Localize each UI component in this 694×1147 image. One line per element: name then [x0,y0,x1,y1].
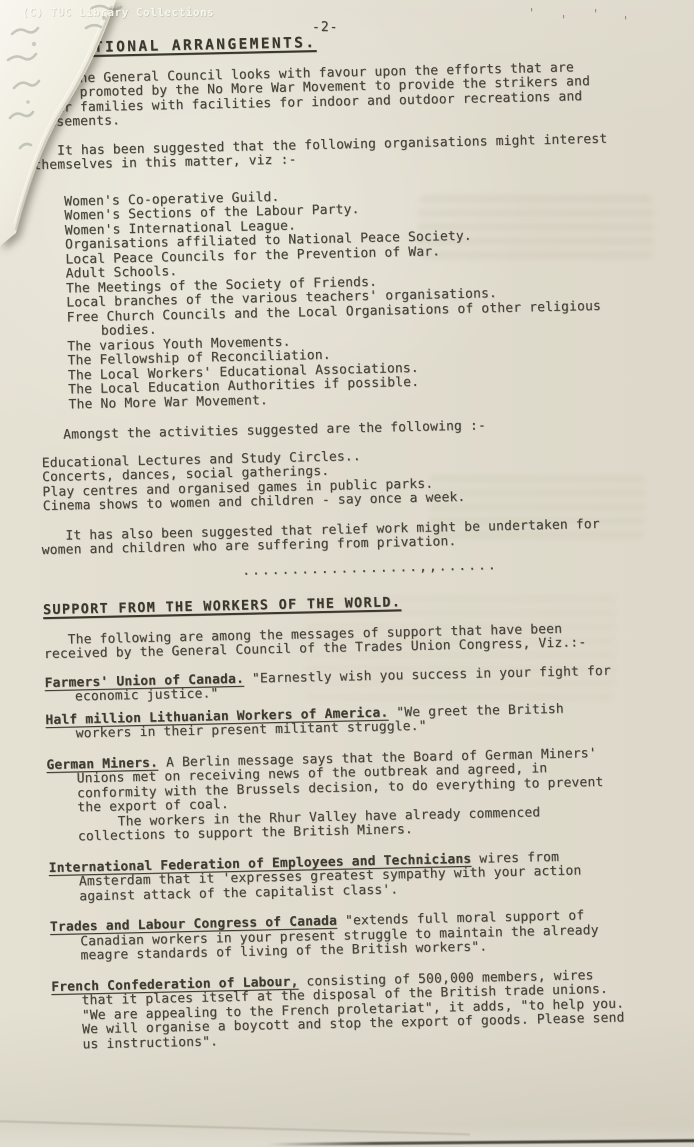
support-message: French Confederation of Labour, consisti… [51,968,627,1053]
watermark-text: (C) TUC Library Collections [22,6,214,19]
paragraph-support-intro: The following are among the messages of … [44,621,619,663]
stray-mark: ' [560,13,567,27]
paragraph-relief-work: It has also been suggested that relief w… [41,517,616,559]
stray-mark: ' [528,6,535,20]
section-heading-support: SUPPORT FROM THE WORKERS OF THE WORLD. [43,591,618,618]
paragraph-activities-intro: Amongst the activities suggested are the… [39,417,614,444]
page-number: -2- [312,20,338,35]
stray-mark: ' [622,14,629,28]
support-message: Trades and Labour Congress of Canada "ex… [50,908,626,964]
support-message: International Federation of Employees an… [48,849,624,905]
folded-corner [0,0,200,260]
support-message: Half million Lithuanian Workers of Ameri… [45,701,620,743]
support-message: Farmers' Union of Canada. "Earnestly wis… [44,664,619,706]
message-text: "extends full moral support of Canadian … [80,908,599,963]
document-page: ' ' ' ' -2- ATIONAL ARRANGEMENTS. The Ge… [0,0,694,1147]
dotted-separator: ..................,,...... [242,556,617,579]
activities-list: Educational Lectures and Study Circles..… [42,444,616,514]
stray-mark: ' [592,7,599,21]
